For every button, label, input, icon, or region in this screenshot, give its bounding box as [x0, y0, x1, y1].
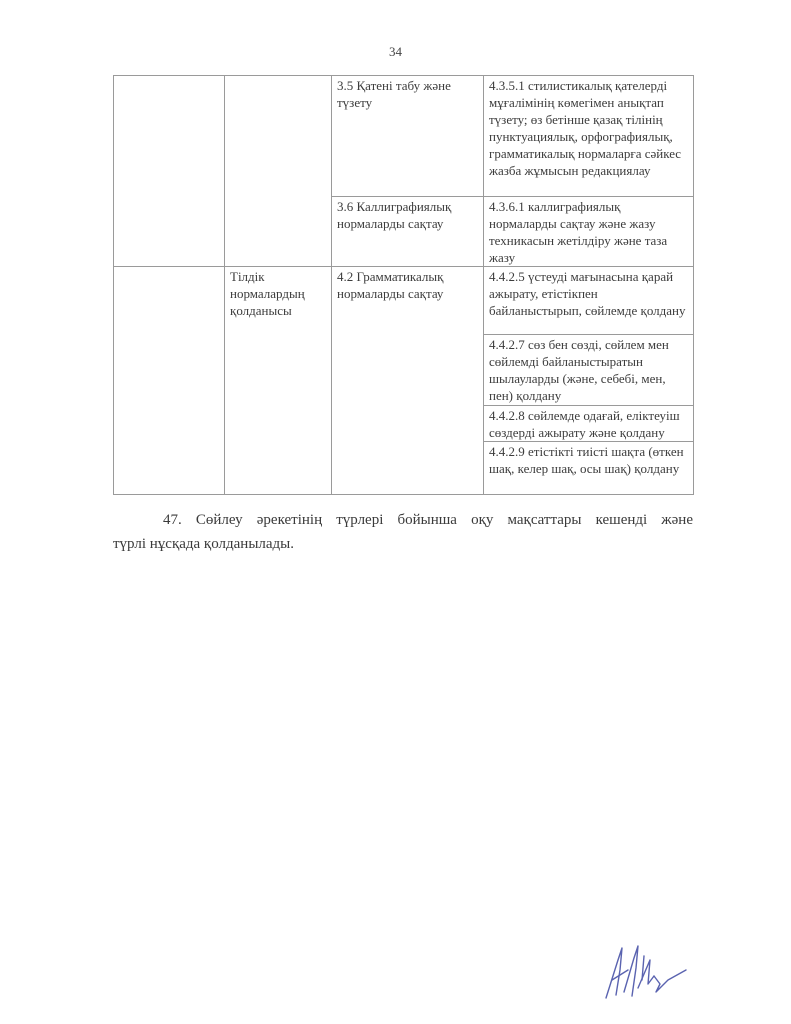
table-cell-topic: Тілдік нормалардың қолданысы	[225, 267, 332, 495]
table-cell-section: 3.6 Каллиграфиялық нормаларды сақтау	[332, 197, 484, 267]
page-number: 34	[0, 44, 791, 60]
table-cell-empty	[114, 267, 225, 495]
table-row: Тілдік нормалардың қолданысы 4.2 Граммат…	[114, 267, 694, 335]
table-cell-section: 4.2 Грамматикалық нормаларды сақтау	[332, 267, 484, 495]
table-cell-empty	[114, 76, 225, 267]
table-cell-objective: 4.3.6.1 каллиграфиялық нормаларды сақтау…	[484, 197, 694, 267]
handwritten-signature-icon	[598, 940, 698, 1005]
table-cell-objective: 4.4.2.8 сөйлемде одағай, еліктеуіш сөзде…	[484, 406, 694, 442]
table-cell-objective: 4.4.2.9 етістікті тиісті шақта (өткен ша…	[484, 442, 694, 495]
table-cell-section: 3.5 Қатені табу және түзету	[332, 76, 484, 197]
curriculum-table: 3.5 Қатені табу және түзету 4.3.5.1 стил…	[113, 75, 694, 495]
table-cell-empty	[225, 76, 332, 267]
table-cell-objective: 4.4.2.7 сөз бен сөзді, сөйлем мен сөйлем…	[484, 335, 694, 406]
table-cell-objective: 4.4.2.5 үстеуді мағынасына қарай ажырату…	[484, 267, 694, 335]
paragraph-47: 47. Сөйлеу әрекетінің түрлері бойынша оқ…	[113, 508, 693, 556]
paragraph-line: түрлі нұсқада қолданылады.	[113, 536, 294, 552]
paragraph-line: 47. Сөйлеу әрекетінің түрлері бойынша оқ…	[113, 508, 693, 532]
table-cell-objective: 4.3.5.1 стилистикалық қателерді мұғалімі…	[484, 76, 694, 197]
table-row: 3.5 Қатені табу және түзету 4.3.5.1 стил…	[114, 76, 694, 197]
